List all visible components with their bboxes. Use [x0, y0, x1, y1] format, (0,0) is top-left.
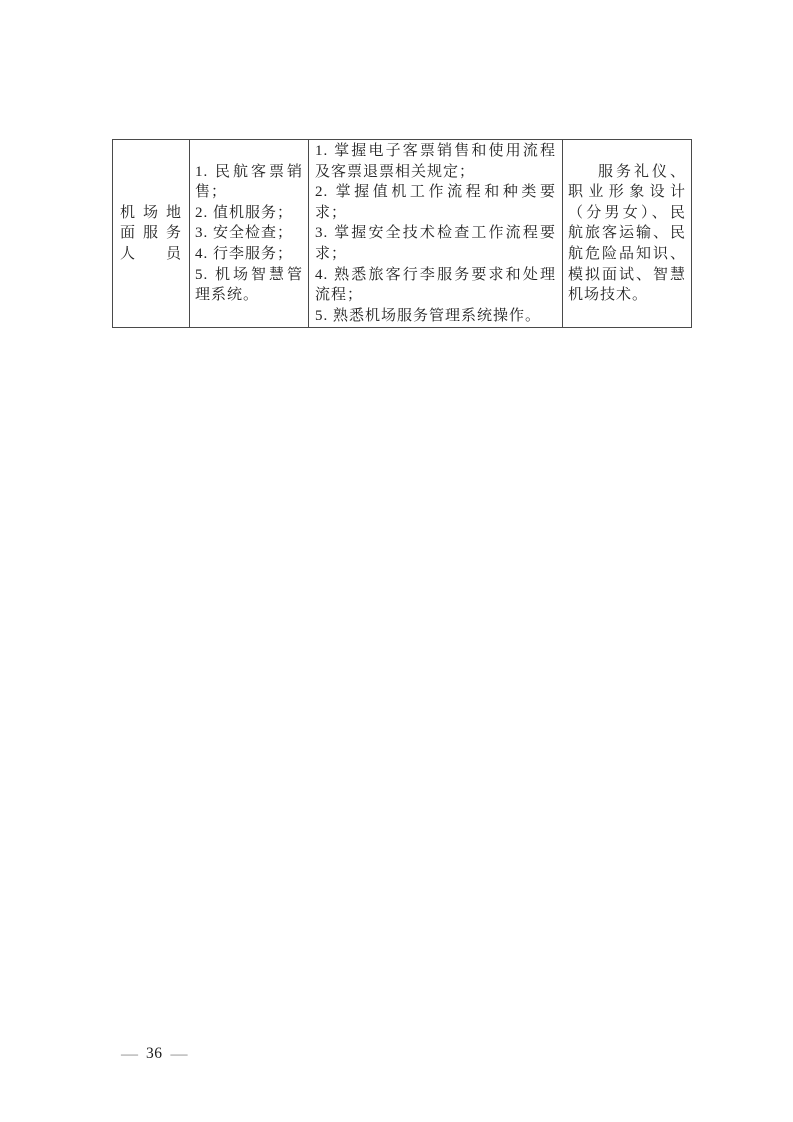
- table-row: 机场地面服务人员 1. 民航客票销售； 2. 值机服务； 3. 安全检查； 4.…: [113, 140, 692, 328]
- page-number-dash-left: —: [121, 1045, 138, 1062]
- work-tasks-cell: 1. 民航客票销售； 2. 值机服务； 3. 安全检查； 4. 行李服务； 5.…: [190, 140, 309, 328]
- work-task-item: 2. 值机服务；: [195, 203, 303, 224]
- work-task-item: 4. 行李服务；: [195, 244, 303, 265]
- position-cell: 机场地面服务人员: [113, 140, 190, 328]
- requirement-item: 4. 熟悉旅客行李服务要求和处理流程；: [315, 265, 556, 306]
- page-footer: — 36 —: [121, 1044, 188, 1064]
- requirements-cell: 1. 掌握电子客票销售和使用流程及客票退票相关规定； 2. 掌握值机工作流程和种…: [309, 140, 563, 328]
- page-number-dash-right: —: [171, 1045, 188, 1062]
- work-task-item: 1. 民航客票销售；: [195, 162, 303, 203]
- requirement-item: 3. 掌握安全技术检查工作流程要求；: [315, 223, 556, 264]
- document-page: 机场地面服务人员 1. 民航客票销售； 2. 值机服务； 3. 安全检查； 4.…: [0, 0, 793, 1122]
- page-number: 36: [146, 1045, 163, 1063]
- work-task-item: 5. 机场智慧管理系统。: [195, 265, 303, 306]
- requirement-item: 5. 熟悉机场服务管理系统操作。: [315, 306, 556, 327]
- work-task-item: 3. 安全检查；: [195, 223, 303, 244]
- courses-cell: 服务礼仪、职业形象设计（分男女）、民航旅客运输、民航危险品知识、模拟面试、智慧机…: [563, 140, 692, 328]
- requirement-item: 2. 掌握值机工作流程和种类要求；: [315, 182, 556, 223]
- position-label: 机场地面服务人员: [120, 203, 182, 265]
- courses-paragraph: 服务礼仪、职业形象设计（分男女）、民航旅客运输、民航危险品知识、模拟面试、智慧机…: [568, 162, 686, 306]
- training-table: 机场地面服务人员 1. 民航客票销售； 2. 值机服务； 3. 安全检查； 4.…: [112, 139, 692, 328]
- requirement-item: 1. 掌握电子客票销售和使用流程及客票退票相关规定；: [315, 141, 556, 182]
